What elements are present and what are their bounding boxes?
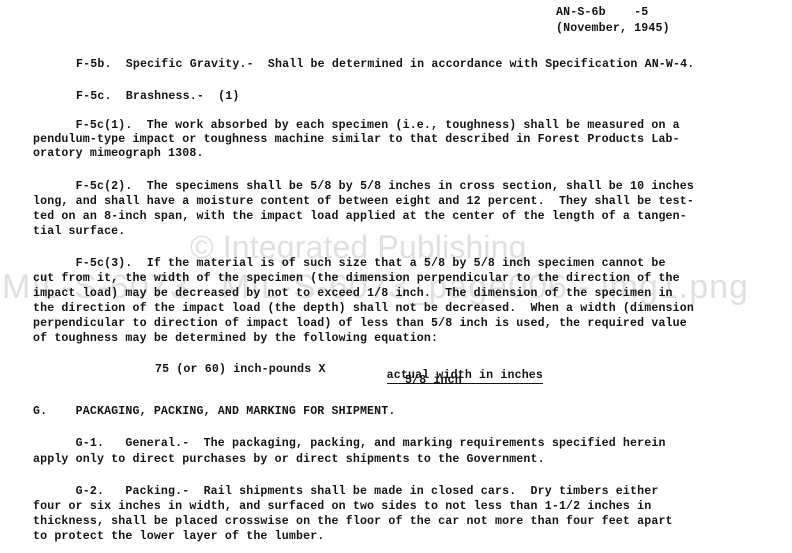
section-f5c1-line: pendulum-type impact or toughness machin… xyxy=(33,133,680,147)
section-f5c2-line: long, and shall have a moisture content … xyxy=(33,195,694,209)
section-g1-line: G-1. General.- The packaging, packing, a… xyxy=(33,437,666,451)
section-g2-line: thickness, shall be placed crosswise on … xyxy=(33,515,673,529)
equation-lhs: 75 (or 60) inch-pounds X xyxy=(155,363,326,377)
section-g2-line: to protect the lower layer of the lumber… xyxy=(33,530,324,544)
section-f5c3-line: of toughness may be determined by the fo… xyxy=(33,332,438,346)
section-f5c: F-5c. Brashness.- (1) xyxy=(76,90,239,104)
section-g2-line: G-2. Packing.- Rail shipments shall be m… xyxy=(33,485,658,499)
section-g-heading: G. PACKAGING, PACKING, AND MARKING FOR S… xyxy=(33,405,395,419)
section-g2-line: four or six inches in width, and surface… xyxy=(33,500,651,514)
section-f5b: F-5b. Specific Gravity.- Shall be determ… xyxy=(76,58,694,72)
document-page: © Integrated Publishing MIL-S-6073 MIL-S… xyxy=(0,0,792,553)
section-g1-line: apply only to direct purchases by or dir… xyxy=(33,453,545,467)
document-id: AN-S-6b -5 xyxy=(556,6,648,20)
document-date: (November, 1945) xyxy=(556,22,670,36)
section-f5c1-line: F-5c(1). The work absorbed by each speci… xyxy=(33,119,680,133)
section-f5c3-line: impact load) may be decreased by not to … xyxy=(33,287,673,301)
section-f5c3-line: cut from it, the width of the specimen (… xyxy=(33,272,680,286)
section-f5c3-line: perpendicular to direction of impact loa… xyxy=(33,317,687,331)
section-f5c2-line: tial surface. xyxy=(33,225,125,239)
equation-denominator: 5/8 inch xyxy=(405,374,462,388)
section-f5c2-line: ted on an 8-inch span, with the impact l… xyxy=(33,210,687,224)
section-f5c3-line: F-5c(3). If the material is of such size… xyxy=(33,257,666,271)
section-f5c3-line: the direction of the impact load (the de… xyxy=(33,302,694,316)
section-f5c2-line: F-5c(2). The specimens shall be 5/8 by 5… xyxy=(33,180,694,194)
section-f5c1-line: oratory mimeograph 1308. xyxy=(33,147,204,161)
